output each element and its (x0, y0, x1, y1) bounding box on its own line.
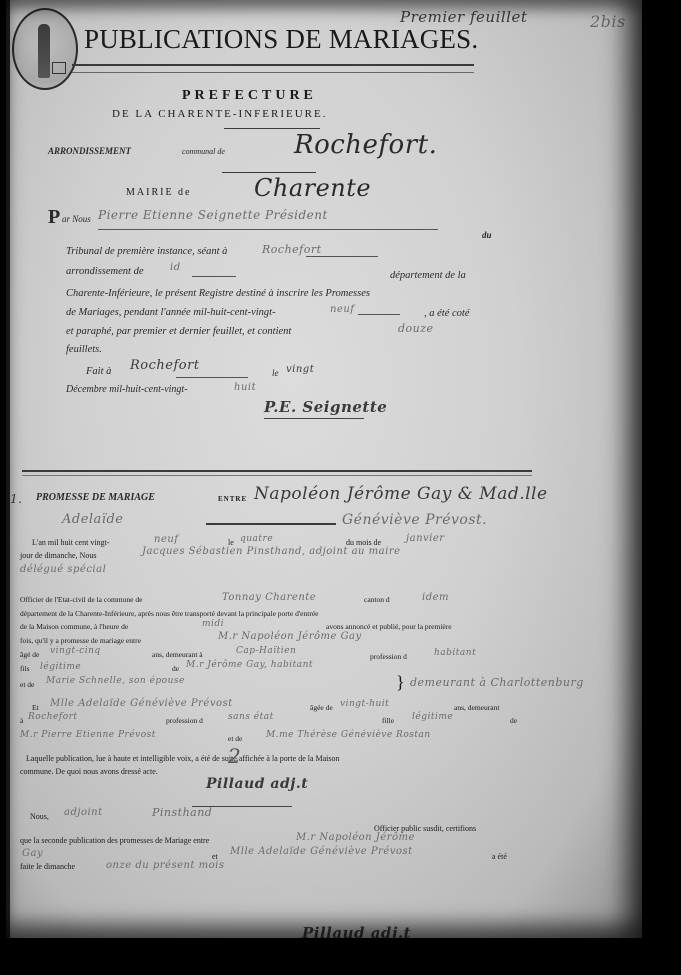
arrondissement-value: Rochefort. (294, 130, 437, 160)
signature-1: Pillaud adj.t (206, 776, 308, 792)
cert-line-2-hand: Rochefort (262, 243, 322, 256)
body-9-hand2: demeurant à Charlottenburg (410, 676, 584, 689)
cert-line-5-print: de Mariages, pendant l'année mil-huit-ce… (66, 307, 276, 318)
seal-figure (38, 24, 50, 78)
arrondissement-label: ARRONDISSEMENT (48, 146, 131, 156)
body-5-print: de la Maison commune, à l'heure de (20, 622, 128, 631)
body-11-print: à (20, 716, 23, 725)
body-9-print: et de (20, 680, 34, 689)
second-nous-hand2: Pinsthand (152, 806, 212, 819)
body-0-hand: neuf (154, 534, 179, 545)
body-0-print: L'an mil huit cent vingt- (32, 538, 109, 547)
fill-line (206, 523, 336, 525)
drop-cap: P (48, 206, 60, 229)
body-9-hand: Marie Schnelle, son épouse (46, 676, 185, 686)
le-value: vingt (286, 364, 314, 375)
date-line: Décembre mil-huit-cent-vingt- (66, 384, 188, 395)
body-11-tail2: fille (382, 716, 394, 725)
cert-line-6-hand: douze (398, 322, 434, 335)
body-7-print: âgé de (20, 650, 39, 659)
fill-line (358, 314, 400, 315)
body-0-hand3: janvier (406, 533, 445, 544)
cert-line-2-print: Tribunal de première instance, séant à (66, 246, 227, 257)
body-10-tail: âgée de (310, 703, 333, 712)
body-11-hand3: légitime (412, 712, 453, 722)
second-line-4-hand: onze du présent mois (106, 860, 224, 871)
body-8-tail: de (172, 664, 179, 673)
section-rule-2 (22, 475, 532, 476)
mairie-label: MAIRIE de (126, 187, 192, 198)
second-line-3-tail: a été (492, 852, 507, 861)
le-label: le (272, 368, 279, 378)
parties-line-2a: Adelaïde (62, 512, 123, 527)
prefecture-seal-icon (12, 8, 78, 90)
signature-president: P.E. Seignette (264, 398, 387, 416)
second-line-4-print: faite le dimanche (20, 862, 75, 871)
seal-box (52, 62, 66, 74)
parties-line-1: Napoléon Jérôme Gay & Mad.lle (254, 484, 548, 504)
body-12-tail: et de (228, 734, 242, 743)
document-title: PUBLICATIONS DE MARIAGES. (84, 24, 478, 55)
cert-line-7: feuillets. (66, 344, 102, 355)
body-8-hand2: M.r Jérôme Gay, habitant (186, 660, 313, 670)
entre-label: ENTRE (218, 495, 247, 503)
fill-line (176, 377, 248, 378)
body-12-hand: M.r Pierre Etienne Prévost (20, 730, 156, 740)
body-6-hand: M.r Napoléon Jérôme Gay (218, 631, 362, 642)
second-nous-label: Nous, (30, 812, 49, 821)
body-1-print: jour de dimanche, Nous (20, 551, 96, 560)
second-line-3-hand2: Mlle Adelaïde Généviève Prévost (230, 846, 413, 857)
fill-line (98, 229, 438, 230)
body-9-brace: } (396, 672, 405, 693)
divider (222, 172, 316, 173)
fait-a-value: Rochefort (130, 358, 200, 373)
cert-line-5-hand: neuf (330, 304, 355, 315)
cert-line-1-hand: Pierre Etienne Seignette Président (98, 208, 328, 222)
second-line-3-hand: Gay (22, 848, 43, 859)
divider (224, 128, 320, 129)
body-13-print: Laquelle publication, lue à haute et int… (26, 754, 340, 763)
cert-line-5-tail: , a été coté (424, 308, 469, 319)
title-rule (72, 64, 474, 66)
body-11-tail: profession d (166, 716, 203, 725)
body-7-tail: ans, demeurant à (152, 650, 203, 659)
second-line-2-hand: M.r Napoléon Jérôme (296, 832, 415, 843)
body-3-print: Officier de l'Etat-civil de la commune d… (20, 595, 142, 604)
mairie-value: Charente (254, 174, 371, 202)
section-rule (22, 470, 532, 472)
cert-line-1-tail: du (482, 230, 492, 240)
body-7-hand: vingt-cinq (50, 646, 101, 656)
body-6-print: fois, qu'il y a promesse de mariage entr… (20, 636, 141, 645)
second-nous-hand: adjoint (64, 807, 103, 818)
body-8-print: fils (20, 664, 30, 673)
cert-line-4: Charente-Inférieure, le présent Registre… (66, 288, 370, 299)
parties-line-2b: Généviève Prévost. (342, 512, 487, 528)
body-12-hand2: M.me Thérèse Généviève Rostan (266, 730, 431, 740)
body-10-tail2: ans, demeurant (454, 703, 499, 712)
promesse-heading: PROMESSE DE MARIAGE (36, 492, 155, 503)
margin-mark: 2 (228, 744, 241, 768)
body-3-hand: Tonnay Charente (222, 592, 316, 603)
body-11-tail3: de (510, 716, 517, 725)
body-3-hand2: idem (422, 592, 449, 603)
cert-line-1-print: ar Nous (62, 214, 91, 224)
body-0-hand2: quatre (240, 534, 273, 544)
margin-note: Premier feuillet (400, 8, 527, 26)
body-5-tail: avons annoncé et publié, pour la premièr… (326, 622, 452, 631)
entry-number: 1. (10, 492, 22, 506)
body-11-hand: Rochefort (28, 712, 78, 722)
cert-line-6-print: et paraphé, par premier et dernier feuil… (66, 326, 291, 337)
date-hand: huit (234, 382, 256, 393)
signature-2: Pillaud adj.t (302, 924, 411, 938)
body-7-hand2: Cap-Haïtien (236, 646, 296, 656)
body-8-hand: légitime (40, 662, 81, 672)
body-7-hand3: habitant (434, 648, 476, 658)
department-heading: DE LA CHARENTE-INFERIEURE. (112, 108, 327, 120)
second-line-2-print: que la seconde publication des promesses… (20, 836, 209, 845)
body-10-hand2: vingt-huit (340, 699, 389, 709)
fill-line (192, 276, 236, 277)
body-10-hand: Mlle Adelaïde Généviève Prévost (50, 698, 233, 709)
cert-line-3-hand: id (170, 262, 181, 273)
body-11-hand2: sans état (228, 712, 274, 722)
body-3-tail: canton d (364, 595, 390, 604)
body-4-print: département de la Charente-Inférieure, a… (20, 609, 319, 618)
cert-line-3-print: arrondissement de (66, 266, 143, 277)
signature-flourish (264, 418, 364, 419)
prefecture-heading: PREFECTURE (182, 88, 317, 104)
document-page: PUBLICATIONS DE MARIAGES. Premier feuill… (6, 0, 642, 938)
title-rule-2 (72, 72, 474, 73)
body-7-tail2: profession d (370, 652, 407, 661)
body-5-hand: midi (202, 619, 224, 629)
body-14-print: commune. De quoi nous avons dressé acte. (20, 767, 158, 776)
arrondissement-sub: communal de (182, 147, 225, 156)
body-10-print: Et (32, 703, 39, 712)
body-1-hand: Jacques Sébastien Pinsthand, adjoint au … (142, 546, 401, 557)
body-2-hand: délégué spécial (20, 564, 106, 575)
cert-line-3-tail: département de la (390, 270, 466, 281)
fait-a-label: Fait à (86, 366, 111, 377)
fill-line (306, 256, 378, 257)
folio-mark: 2bis (590, 12, 626, 31)
